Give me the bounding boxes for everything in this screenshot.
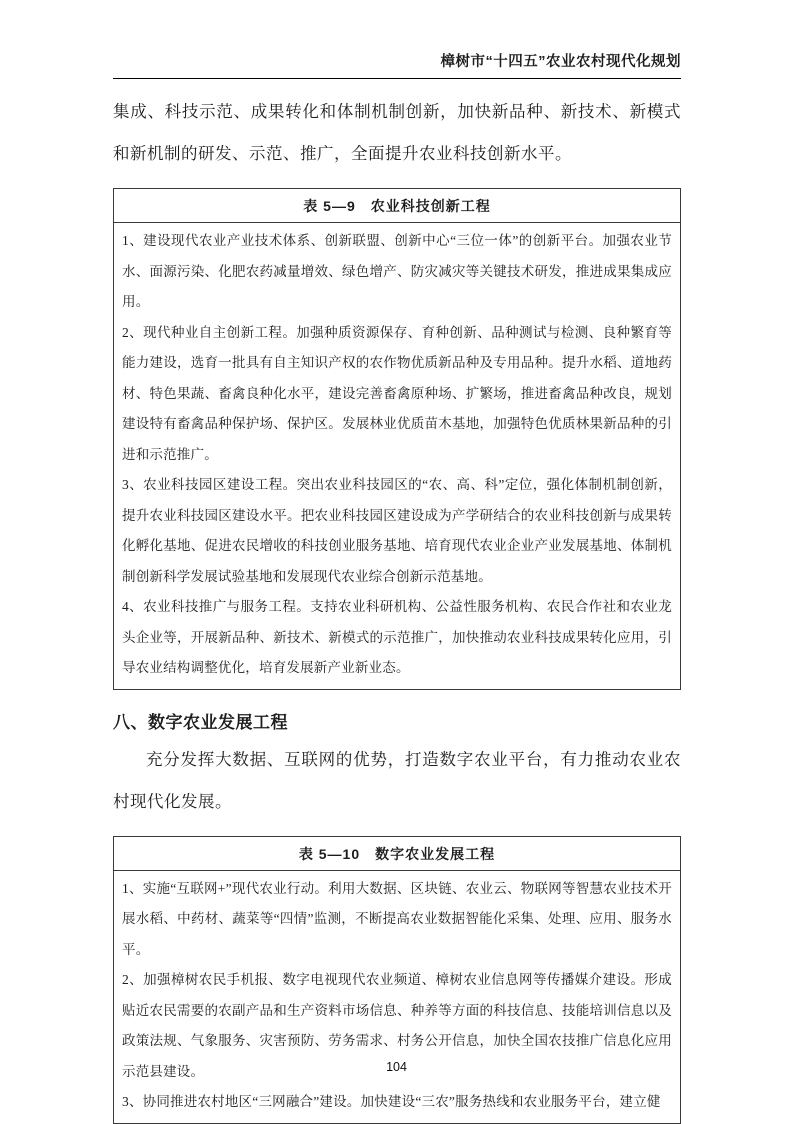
running-header: 樟树市“十四五”农业农村现代化规划 [113, 50, 681, 79]
table-5-10-title: 表 5—10 数字农业发展工程 [114, 837, 680, 871]
section-paragraph: 充分发挥大数据、互联网的优势，打造数字农业平台，有力推动农业农村现代化发展。 [113, 739, 681, 823]
table-5-10-item-1: 1、实施“互联网+”现代农业行动。利用大数据、区块链、农业云、物联网等智慧农业技… [122, 874, 672, 966]
table-5-10: 表 5—10 数字农业发展工程 1、实施“互联网+”现代农业行动。利用大数据、区… [113, 836, 681, 1124]
intro-paragraph: 集成、科技示范、成果转化和体制机制创新，加快新品种、新技术、新模式和新机制的研发… [113, 91, 681, 175]
table-5-9-item-3: 3、农业科技园区建设工程。突出农业科技园区的“农、高、科”定位，强化体制机制创新… [122, 470, 672, 592]
document-page: 樟树市“十四五”农业农村现代化规划 集成、科技示范、成果转化和体制机制创新，加快… [0, 0, 793, 1122]
table-5-9-title: 表 5—9 农业科技创新工程 [114, 189, 680, 223]
table-5-9-item-2: 2、现代种业自主创新工程。加强种质资源保存、育种创新、品种测试与检测、良种繁育等… [122, 318, 672, 471]
header-title: 樟树市“十四五”农业农村现代化规划 [441, 54, 682, 70]
table-5-10-body: 1、实施“互联网+”现代农业行动。利用大数据、区块链、农业云、物联网等智慧农业技… [114, 871, 680, 1123]
page-number: 104 [0, 1060, 793, 1074]
table-5-9: 表 5—9 农业科技创新工程 1、建设现代农业产业技术体系、创新联盟、创新中心“… [113, 188, 681, 690]
table-5-10-item-3: 3、协同推进农村地区“三网融合”建设。加快建设“三农”服务热线和农业服务平台，建… [122, 1087, 672, 1118]
table-5-9-item-4: 4、农业科技推广与服务工程。支持农业科研机构、公益性服务机构、农民合作社和农业龙… [122, 592, 672, 684]
table-5-9-body: 1、建设现代农业产业技术体系、创新联盟、创新中心“三位一体”的创新平台。加强农业… [114, 223, 680, 689]
section-heading: 八、数字农业发展工程 [113, 708, 681, 733]
table-5-9-item-1: 1、建设现代农业产业技术体系、创新联盟、创新中心“三位一体”的创新平台。加强农业… [122, 226, 672, 318]
